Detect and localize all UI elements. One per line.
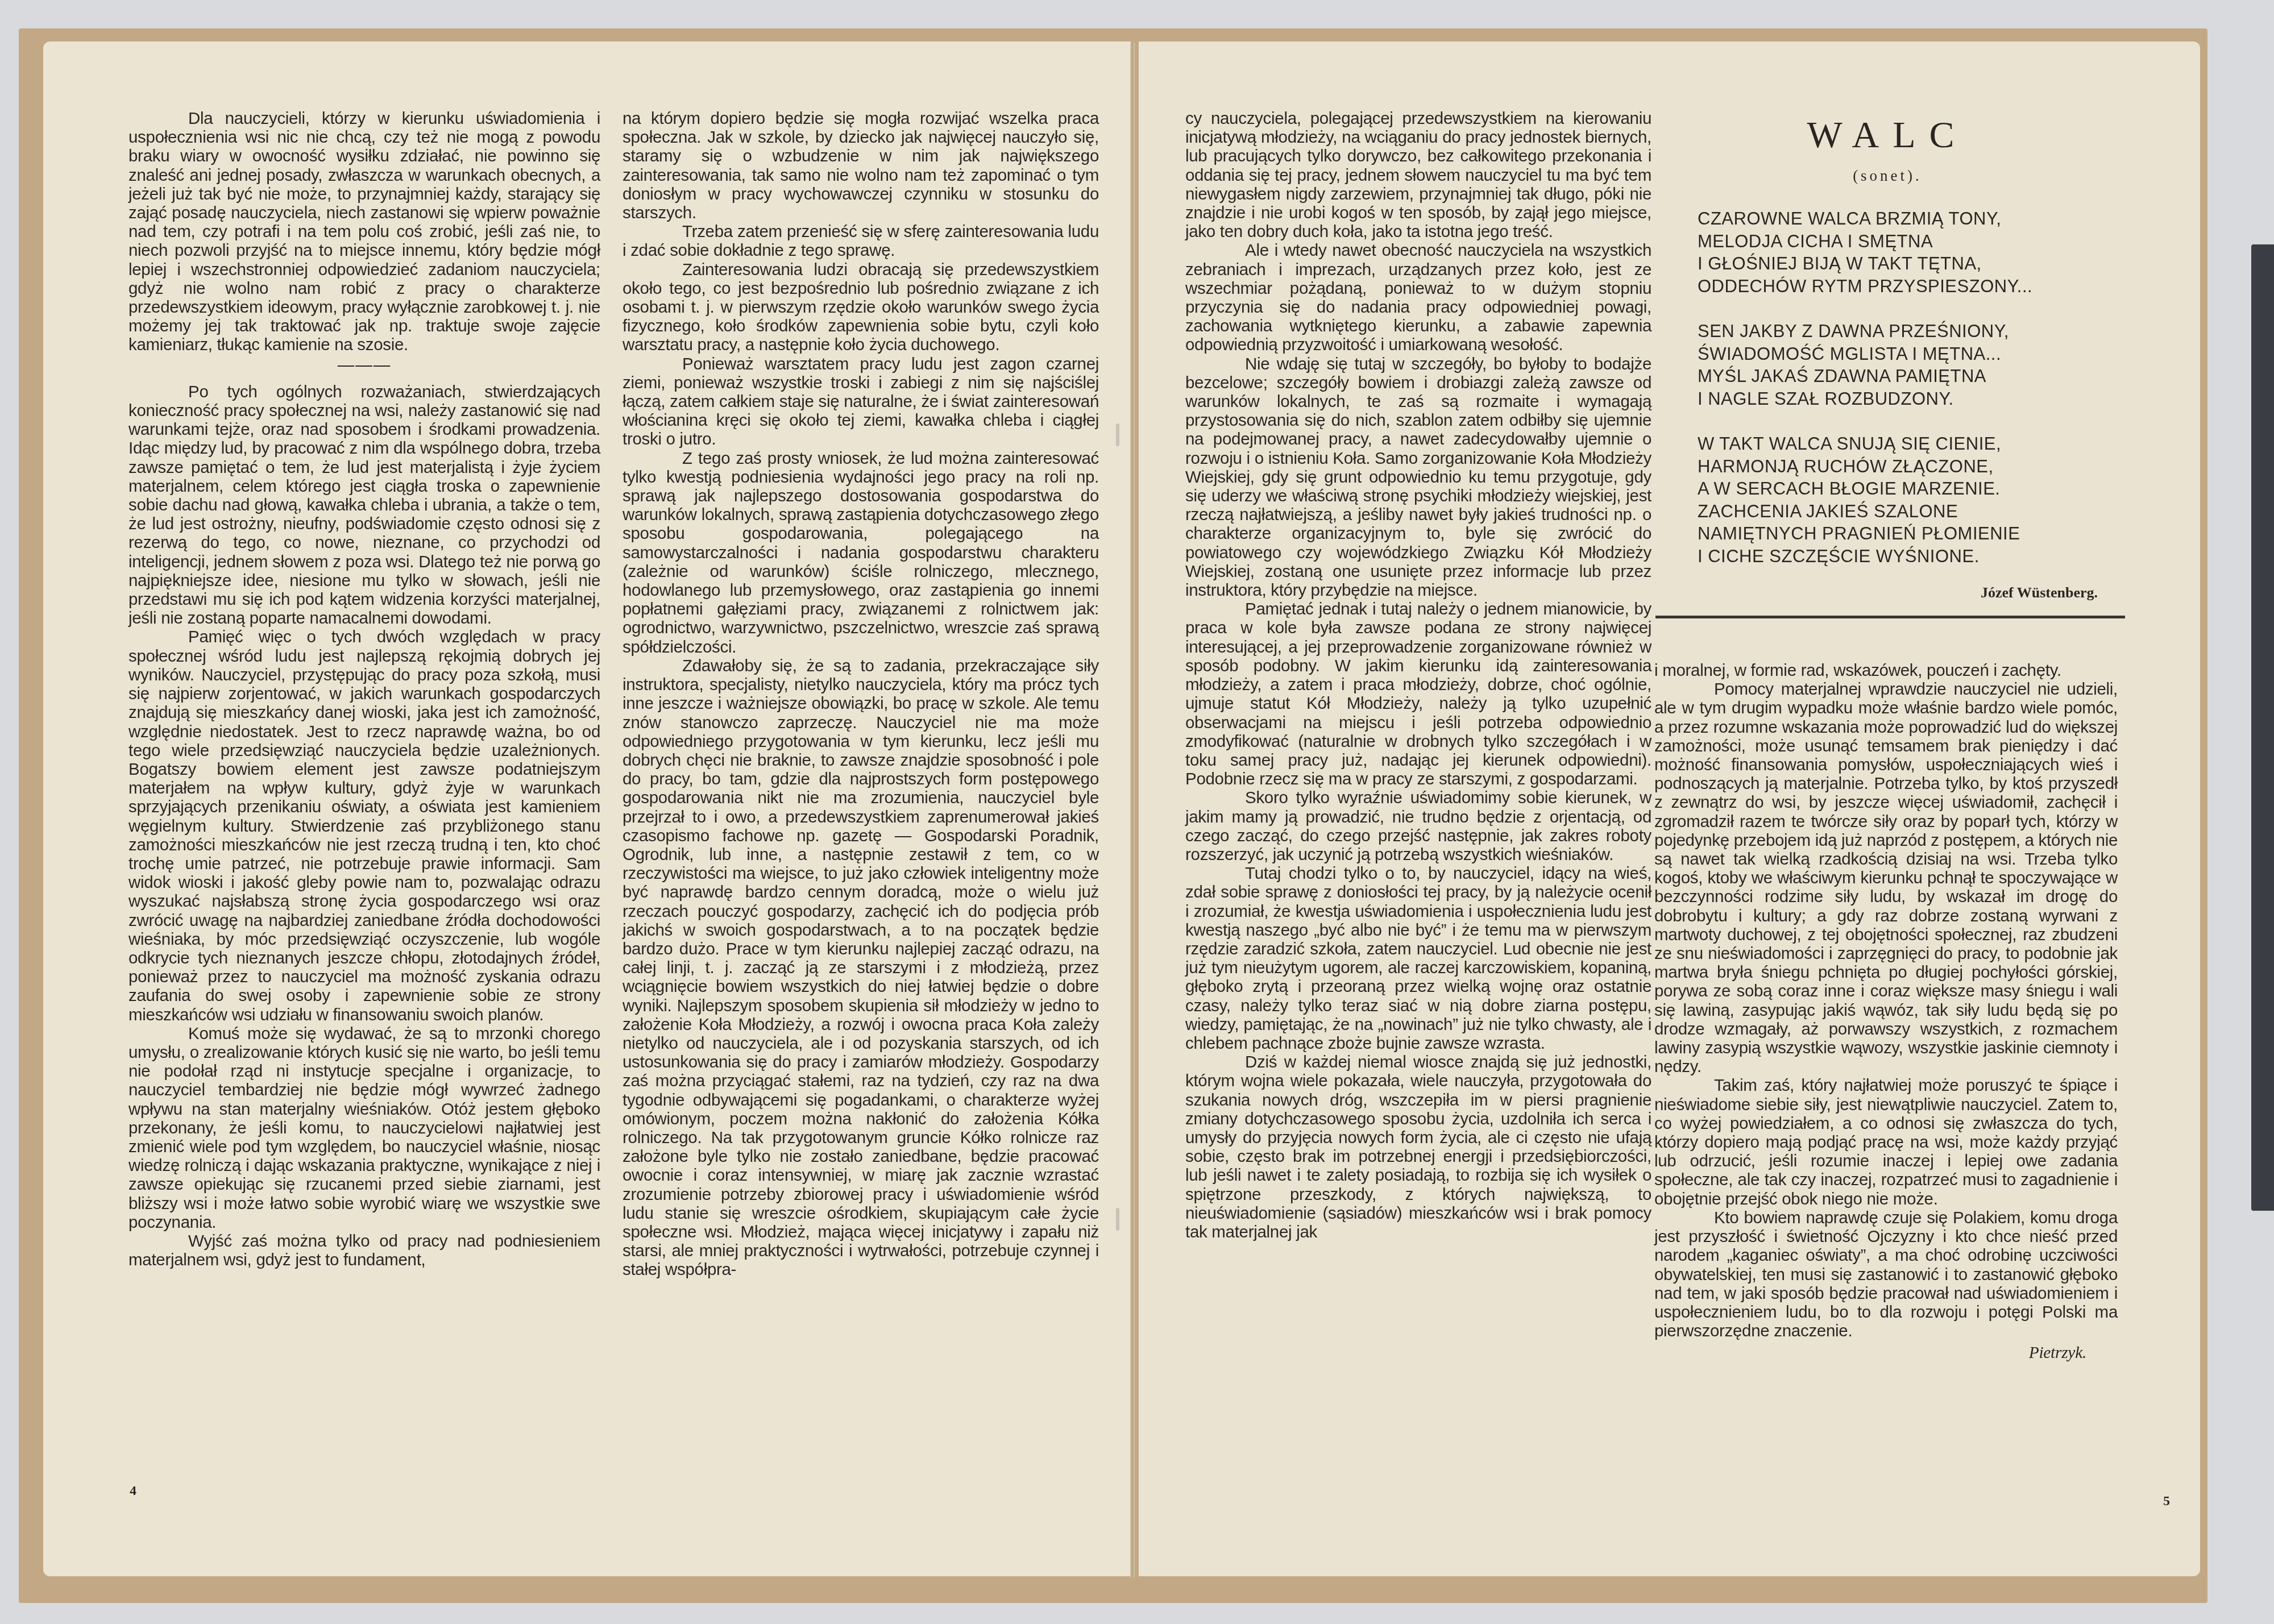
paragraph: Nie wdaję się tutaj w szczegóły, bo było… xyxy=(1185,355,1651,600)
article-column-4: i moralnej, w formie rad, wskazówek, pou… xyxy=(1654,661,2118,1363)
poem-author: Józef Wüstenberg. xyxy=(1677,584,2098,601)
verse: I NAGLE SZAŁ ROZBUDZONY. xyxy=(1698,388,2126,410)
paragraph: Pamiętać jednak i tutaj należy o jednem … xyxy=(1185,600,1651,788)
horizontal-rule xyxy=(1655,616,2125,618)
paragraph: Pomocy materjalnej wprawdzie nauczyciel … xyxy=(1654,680,2118,1076)
back-cover-edge xyxy=(2251,244,2274,1211)
poem-subtitle: (sonet). xyxy=(1762,167,2012,185)
paragraph: Zainteresowania ludzi obracają się przed… xyxy=(623,260,1099,355)
verse: NAMIĘTNYCH PRAGNIEŃ PŁOMIENIE xyxy=(1698,522,2126,545)
paragraph: Z tego zaś prosty wniosek, że lud można … xyxy=(623,449,1099,657)
paragraph: Takim zaś, który najłatwiej może poruszy… xyxy=(1654,1076,2118,1208)
staple-bottom xyxy=(1116,1208,1119,1231)
paragraph: Kto bowiem naprawdę czuje się Polakiem, … xyxy=(1654,1208,2118,1340)
poem-stanza-3: W TAKT WALCA SNUJĄ SIĘ CIENIE, HARMONJĄ … xyxy=(1698,433,2126,567)
paragraph: Dla nauczycieli, którzy w kierunku uświa… xyxy=(128,109,600,355)
paragraph: Ale i wtedy nawet obecność nauczyciela n… xyxy=(1185,241,1651,354)
paragraph: Skoro tylko wyraźnie uświadomimy sobie k… xyxy=(1185,788,1651,864)
paragraph: na którym dopiero będzie się mogła rozwi… xyxy=(623,109,1099,222)
paragraph: Zdawałoby się, że są to zadania, przekra… xyxy=(623,657,1099,1280)
paragraph: cy nauczyciela, polegającej przedewszyst… xyxy=(1185,109,1651,241)
paragraph: Wyjść zaś można tylko od pracy nad podni… xyxy=(128,1232,600,1269)
paragraph: Dziś w każdej niemal wiosce znajdą się j… xyxy=(1185,1053,1651,1241)
article-column-1: Dla nauczycieli, którzy w kierunku uświa… xyxy=(128,109,600,1269)
section-separator: ——— xyxy=(128,356,600,375)
article-column-2: na którym dopiero będzie się mogła rozwi… xyxy=(623,109,1099,1280)
verse: I CICHE SZCZĘŚCIE WYŚNIONE. xyxy=(1698,545,2126,568)
paragraph: Tutaj chodzi tylko o to, by nauczyciel, … xyxy=(1185,864,1651,1053)
paragraph: Ponieważ warsztatem pracy ludu jest zago… xyxy=(623,355,1099,449)
verse: MELODJA CICHA I SMĘTNA xyxy=(1698,230,2126,253)
page-number-left: 4 xyxy=(130,1484,136,1499)
paragraph: Pamięć więc o tych dwóch względach w pra… xyxy=(128,628,600,1024)
poem-stanza-2: SEN JAKBY Z DAWNA PRZEŚNIONY, ŚWIADOMOŚĆ… xyxy=(1698,320,2126,410)
poem-walc: WALC (sonet). CZAROWNE WALCA BRZMIĄ TONY… xyxy=(1677,114,2126,601)
paragraph: i moralnej, w formie rad, wskazówek, pou… xyxy=(1654,661,2118,680)
paragraph: Trzeba zatem przenieść się w sferę zaint… xyxy=(623,222,1099,260)
article-column-3: cy nauczyciela, polegającej przedewszyst… xyxy=(1185,109,1651,1241)
verse: A W SERCACH BŁOGIE MARZENIE. xyxy=(1698,477,2126,500)
verse: HARMONJĄ RUCHÓW ZŁĄCZONE, xyxy=(1698,455,2126,478)
poem-stanza-1: CZAROWNE WALCA BRZMIĄ TONY, MELODJA CICH… xyxy=(1698,207,2126,297)
verse: ODDECHÓW RYTM PRZYSPIESZONY... xyxy=(1698,275,2126,298)
article-author: Pietrzyk. xyxy=(1654,1344,2118,1363)
poem-title: WALC xyxy=(1762,114,2012,157)
verse: SEN JAKBY Z DAWNA PRZEŚNIONY, xyxy=(1698,320,2126,343)
verse: ŚWIADOMOŚĆ MGLISTA I MĘTNA... xyxy=(1698,343,2126,365)
verse: W TAKT WALCA SNUJĄ SIĘ CIENIE, xyxy=(1698,433,2126,455)
book-gutter xyxy=(1130,43,1135,1577)
page-number-right: 5 xyxy=(2163,1494,2170,1509)
verse: MYŚL JAKAŚ ZDAWNA PAMIĘTNA xyxy=(1698,365,2126,388)
verse: I GŁOŚNIEJ BIJĄ W TAKT TĘTNA, xyxy=(1698,252,2126,275)
verse: CZAROWNE WALCA BRZMIĄ TONY, xyxy=(1698,207,2126,230)
paragraph: Po tych ogólnych rozważaniach, stwierdza… xyxy=(128,383,600,628)
staple-top xyxy=(1116,423,1119,446)
verse: ZACHCENIA JAKIEŚ SZALONE xyxy=(1698,500,2126,523)
paragraph: Komuś może się wydawać, że są to mrzonki… xyxy=(128,1024,600,1232)
